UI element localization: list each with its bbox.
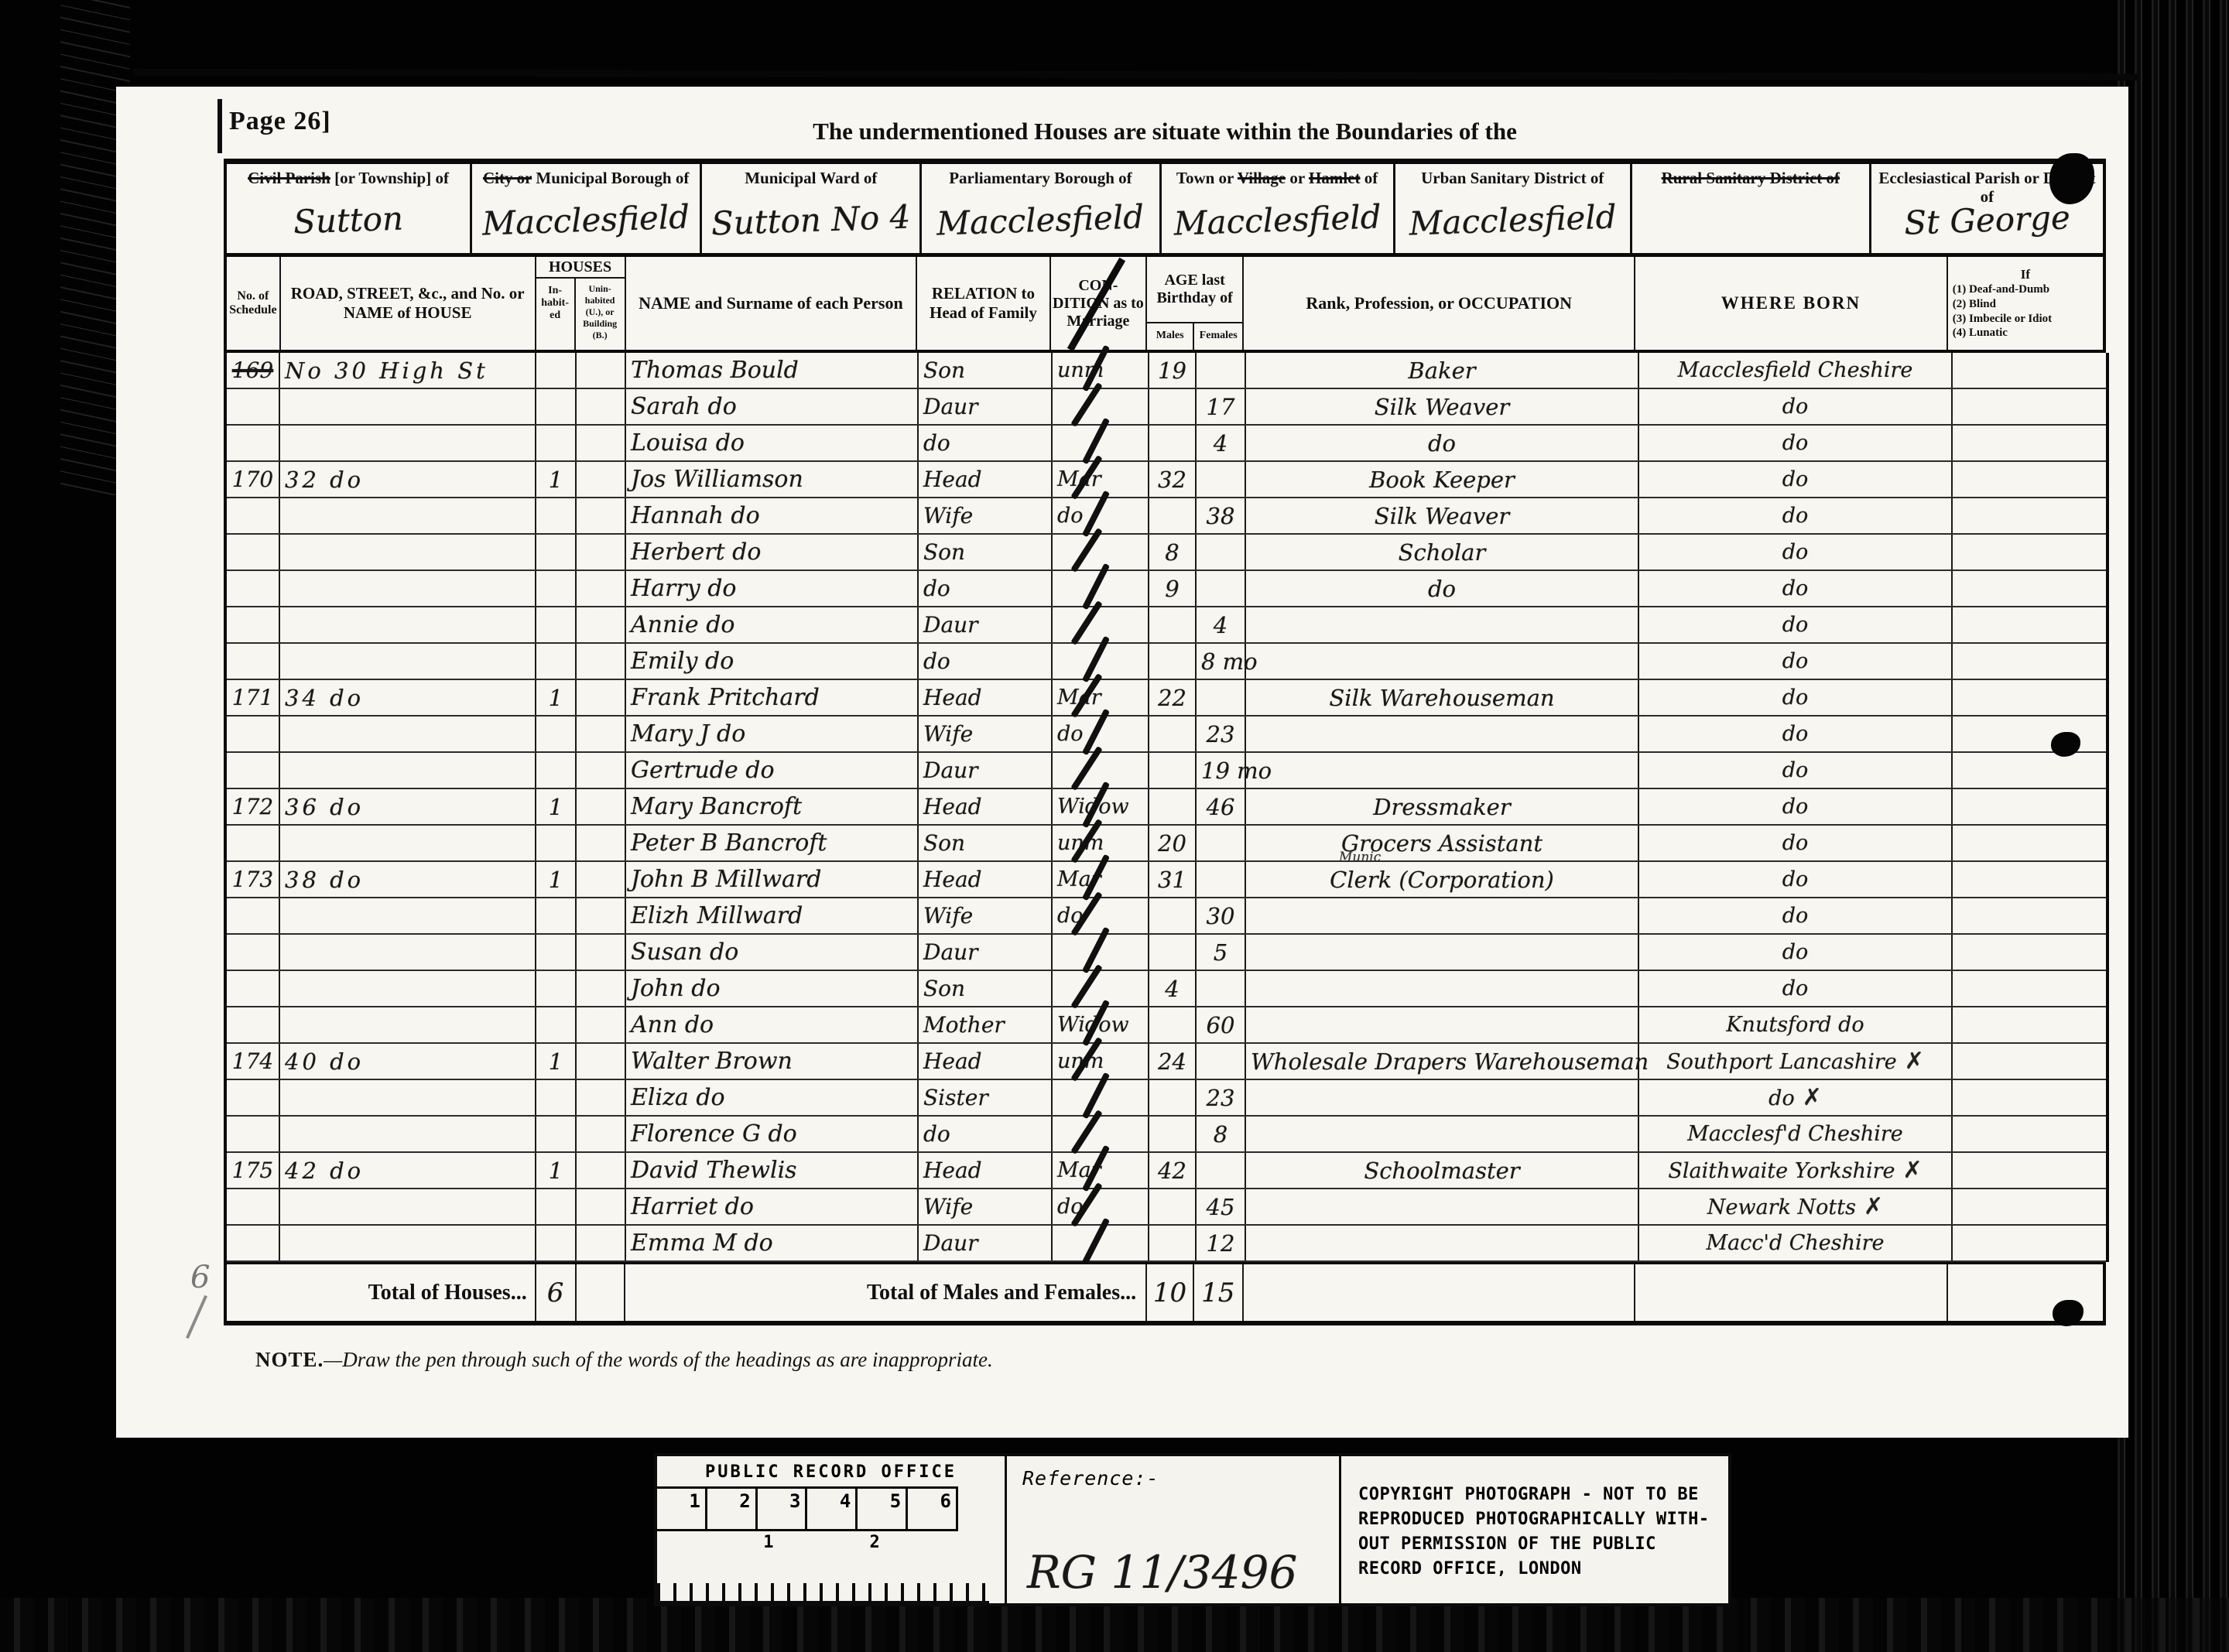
cell-name: Hannah do (625, 498, 918, 534)
cell-uninhabited (576, 498, 625, 534)
cell-relation: do (918, 1116, 1052, 1152)
total-uninhabited-blank (577, 1264, 626, 1321)
cell-inhabited (536, 425, 576, 461)
cell-occupation (1245, 1189, 1638, 1225)
cell-age-male: 22 (1149, 679, 1196, 716)
cell-uninhabited (576, 1116, 625, 1152)
cell-name: John B Millward (625, 861, 918, 898)
table-row: 170 32 do 1 Jos Williamson Head Mar 32 B… (225, 461, 2107, 498)
cell-name: Mary J do (625, 716, 918, 752)
cell-uninhabited (576, 934, 625, 970)
cell-age-male (1149, 388, 1196, 425)
cell-age-female: 8 mo (1196, 643, 1245, 679)
cell-uninhabited (576, 1079, 625, 1116)
cell-occupation: Silk Warehouseman (1245, 679, 1638, 716)
cell-inhabited (536, 1189, 576, 1225)
table-row: Emma M do Daur 12 Macc'd Cheshire (225, 1225, 2107, 1261)
cell-relation: Son (918, 970, 1052, 1007)
total-males-females-label: Total of Males and Females... (625, 1264, 1147, 1321)
district-box-value (1632, 197, 1869, 206)
cell-occupation: Clerk (Corporation)Munic (1245, 861, 1638, 898)
cell-occupation: do (1245, 425, 1638, 461)
cell-disability (1952, 607, 2107, 643)
cell-road (279, 934, 536, 970)
col-header-males: Males (1147, 323, 1194, 350)
cell-age-male (1149, 934, 1196, 970)
cell-age-male (1149, 1007, 1196, 1043)
cell-uninhabited (576, 970, 625, 1007)
cell-relation: Son (918, 534, 1052, 570)
cell-road: 42 do (279, 1152, 536, 1189)
cell-age-male: 31 (1149, 861, 1196, 898)
cell-uninhabited (576, 425, 625, 461)
district-box-value: Macclesfield (922, 197, 1160, 244)
cell-condition: do (1052, 1189, 1149, 1225)
cell-uninhabited (576, 861, 625, 898)
cell-age-male (1149, 607, 1196, 643)
cell-relation: Wife (918, 898, 1052, 934)
district-box: City or Municipal Borough ofMacclesfield (472, 164, 702, 253)
pro-office-title: PUBLIC RECORD OFFICE (657, 1456, 1005, 1486)
cell-age-female: 23 (1196, 716, 1245, 752)
page-top-rule (133, 69, 2138, 81)
cell-name: Mary Bancroft (625, 788, 918, 825)
cell-inhabited (536, 1116, 576, 1152)
cell-disability (1952, 498, 2107, 534)
cell-relation: Head (918, 679, 1052, 716)
cell-schedule (225, 898, 279, 934)
table-row: Louisa do do 4 do do (225, 425, 2107, 461)
cell-occupation (1245, 898, 1638, 934)
cell-name: Thomas Bould (625, 353, 918, 388)
copyright-line: RECORD OFFICE, LONDON (1358, 1557, 1728, 1582)
cell-uninhabited (576, 679, 625, 716)
cell-condition: Mar (1052, 1152, 1149, 1189)
table-row: Harriet do Wife do 45 Newark Notts✗ (225, 1189, 2107, 1225)
cell-where-born: Newark Notts✗ (1638, 1189, 1952, 1225)
table-row: Hannah do Wife do 38 Silk Weaver do (225, 498, 2107, 534)
cell-road (279, 970, 536, 1007)
district-box-value: Macclesfield (1161, 197, 1394, 243)
pencil-x-mark: ✗ (1905, 1048, 1924, 1075)
district-box: Parliamentary Borough ofMacclesfield (922, 164, 1161, 253)
pencil-x-mark: ✗ (1902, 1157, 1922, 1184)
table-row: Sarah do Daur 17 Silk Weaver do (225, 388, 2107, 425)
cell-relation: Head (918, 1043, 1052, 1079)
ruler-number-cell: 3 (758, 1489, 808, 1529)
cell-occupation (1245, 752, 1638, 788)
pro-stamp-reference-box: Reference:- RG 11/3496 (1007, 1456, 1341, 1603)
col-header-houses-label: HOUSES (536, 257, 625, 279)
col-header-occupation: Rank, Profession, or OCCUPATION (1244, 257, 1635, 350)
pencil-x-mark: ✗ (1864, 1193, 1883, 1220)
pencil-x-mark: ✗ (1803, 1084, 1822, 1111)
cell-name: Louisa do (625, 425, 918, 461)
footnote: NOTE.—Draw the pen through such of the w… (255, 1348, 993, 1372)
cell-schedule (225, 425, 279, 461)
total-born-blank (1635, 1264, 1948, 1321)
cell-inhabited (536, 934, 576, 970)
cell-uninhabited (576, 353, 625, 388)
cell-occupation: Schoolmaster (1245, 1152, 1638, 1189)
cell-age-female: 4 (1196, 425, 1245, 461)
cell-uninhabited (576, 752, 625, 788)
disability-line: (3) Imbecile or Idiot (1953, 312, 2098, 327)
cell-schedule: 172 (225, 788, 279, 825)
total-males-value: 10 (1147, 1264, 1194, 1321)
cell-age-female (1196, 679, 1245, 716)
cell-occupation: Baker (1245, 353, 1638, 388)
cell-where-born: Macclesfield Cheshire (1638, 353, 1952, 388)
district-box: Urban Sanitary District ofMacclesfield (1395, 164, 1632, 253)
cell-name: Annie do (625, 607, 918, 643)
cell-age-female (1196, 461, 1245, 498)
cell-road (279, 716, 536, 752)
cell-disability (1952, 1152, 2107, 1189)
cell-disability (1952, 570, 2107, 607)
table-row: 169 No 30 High St Thomas Bould Son unm 1… (225, 353, 2107, 388)
ruler-number-cell: 5 (858, 1489, 908, 1529)
cell-schedule: 173 (225, 861, 279, 898)
cell-disability (1952, 1007, 2107, 1043)
col-header-age: AGE last Birthday of Males Females (1147, 257, 1244, 350)
cell-age-male (1149, 716, 1196, 752)
cell-name: Herbert do (625, 534, 918, 570)
cell-road (279, 570, 536, 607)
cell-road (279, 643, 536, 679)
table-row: Mary J do Wife do 23 do (225, 716, 2107, 752)
cell-inhabited: 1 (536, 788, 576, 825)
cell-disability (1952, 788, 2107, 825)
scanned-census-page: Page 26] The undermentioned Houses are s… (0, 0, 2229, 1652)
ink-slash-mark (1070, 382, 1103, 427)
cell-disability (1952, 861, 2107, 898)
ruler-lower-number: 1 (763, 1533, 773, 1552)
cell-name: Peter B Bancroft (625, 825, 918, 861)
cell-condition: do (1052, 498, 1149, 534)
table-row: Susan do Daur 5 do (225, 934, 2107, 970)
cell-inhabited (536, 534, 576, 570)
cell-occupation: Silk Weaver (1245, 388, 1638, 425)
col-header-name: NAME and Surname of each Person (626, 257, 918, 350)
film-grain-right (2113, 0, 2229, 1652)
cell-schedule (225, 825, 279, 861)
col-header-uninhabited: Unin-habited (U.), or Building (B.) (576, 279, 625, 350)
cell-relation: Daur (918, 388, 1052, 425)
cell-occupation: Silk Weaver (1245, 498, 1638, 534)
cell-disability (1952, 970, 2107, 1007)
cell-relation: Wife (918, 716, 1052, 752)
cell-inhabited: 1 (536, 1152, 576, 1189)
cell-where-born: do (1638, 825, 1952, 861)
table-row: Emily do do 8 mo do (225, 643, 2107, 679)
cell-where-born: Southport Lancashire✗ (1638, 1043, 1952, 1079)
table-row: John do Son 4 do (225, 970, 2107, 1007)
copyright-line: COPYRIGHT PHOTOGRAPH - NOT TO BE (1358, 1483, 1728, 1507)
ink-slash-mark (1070, 1110, 1103, 1154)
cell-where-born: do (1638, 861, 1952, 898)
table-row: 173 38 do 1 John B Millward Head Mar 31 … (225, 861, 2107, 898)
cell-condition (1052, 425, 1149, 461)
cell-inhabited (536, 825, 576, 861)
total-occupation-blank (1244, 1264, 1635, 1321)
cell-relation: Wife (918, 498, 1052, 534)
cell-disability (1952, 679, 2107, 716)
cell-condition: Widow (1052, 788, 1149, 825)
col-header-road: ROAD, STREET, &c., and No. or NAME of HO… (281, 257, 536, 350)
cell-age-male (1149, 1189, 1196, 1225)
cell-disability (1952, 534, 2107, 570)
ruler-number-row: 123456 (657, 1486, 958, 1531)
cell-schedule (225, 1116, 279, 1152)
cell-disability (1952, 934, 2107, 970)
cell-occupation (1245, 643, 1638, 679)
cell-condition (1052, 970, 1149, 1007)
cell-relation: Head (918, 461, 1052, 498)
ink-slash-mark (1070, 819, 1103, 864)
census-table: 169 No 30 High St Thomas Bould Son unm 1… (224, 353, 2109, 1262)
cell-inhabited (536, 570, 576, 607)
cell-occupation (1245, 1116, 1638, 1152)
ink-slash-mark (1070, 528, 1103, 573)
col-header-condition: CON-DITION as to Marriage (1051, 257, 1148, 350)
cell-where-born: Slaithwaite Yorkshire✗ (1638, 1152, 1952, 1189)
district-box-label: Parliamentary Borough of (922, 167, 1159, 187)
cell-age-female: 19 mo (1196, 752, 1245, 788)
cell-disability (1952, 388, 2107, 425)
cell-age-female: 23 (1196, 1079, 1245, 1116)
cell-inhabited (536, 1079, 576, 1116)
totals-row: Total of Houses... 6 Total of Males and … (224, 1262, 2106, 1325)
disability-line: (1) Deaf-and-Dumb (1953, 282, 2098, 297)
ruler-number-cell: 1 (657, 1489, 707, 1529)
ink-slash-mark (1070, 964, 1103, 1009)
cell-disability (1952, 1116, 2107, 1152)
cell-age-male: 20 (1149, 825, 1196, 861)
cell-uninhabited (576, 1007, 625, 1043)
district-box-label: City or Municipal Borough of (472, 167, 700, 187)
cell-disability (1952, 898, 2107, 934)
cell-name: Harry do (625, 570, 918, 607)
cell-condition (1052, 388, 1149, 425)
cell-schedule: 171 (225, 679, 279, 716)
cell-occupation (1245, 970, 1638, 1007)
cell-inhabited (536, 1225, 576, 1261)
cell-uninhabited (576, 607, 625, 643)
table-row: Gertrude do Daur 19 mo do (225, 752, 2107, 788)
cell-condition (1052, 1116, 1149, 1152)
ruler-number-cell: 2 (707, 1489, 758, 1529)
cell-condition: do (1052, 898, 1149, 934)
cell-road (279, 607, 536, 643)
cell-name: Frank Pritchard (625, 679, 918, 716)
cell-name: David Thewlis (625, 1152, 918, 1189)
cell-uninhabited (576, 534, 625, 570)
cell-age-male: 4 (1149, 970, 1196, 1007)
cell-name: Jos Williamson (625, 461, 918, 498)
cell-relation: Daur (918, 752, 1052, 788)
district-header: Civil Parish [or Township] ofSuttonCity … (224, 159, 2106, 257)
cell-road (279, 425, 536, 461)
cell-road (279, 388, 536, 425)
cell-condition (1052, 607, 1149, 643)
cell-age-male (1149, 1225, 1196, 1261)
cell-relation: Mother (918, 1007, 1052, 1043)
cell-disability (1952, 825, 2107, 861)
cell-age-female: 4 (1196, 607, 1245, 643)
cell-disability (1952, 1079, 2107, 1116)
table-row: Annie do Daur 4 do (225, 607, 2107, 643)
cell-relation: Son (918, 825, 1052, 861)
cell-inhabited (536, 643, 576, 679)
district-box: Town or Village or Hamlet ofMacclesfield (1162, 164, 1395, 253)
total-houses-label: Total of Houses... (227, 1264, 536, 1321)
census-table-body: 169 No 30 High St Thomas Bould Son unm 1… (225, 353, 2107, 1261)
cell-name: John do (625, 970, 918, 1007)
cell-age-female (1196, 1043, 1245, 1079)
cell-age-female (1196, 353, 1245, 388)
cell-age-female: 45 (1196, 1189, 1245, 1225)
cell-relation: Daur (918, 934, 1052, 970)
district-box-label: Rural Sanitary District of (1632, 167, 1869, 187)
cell-occupation (1245, 1007, 1638, 1043)
cell-name: Sarah do (625, 388, 918, 425)
cell-where-born: do (1638, 788, 1952, 825)
cell-disability (1952, 752, 2107, 788)
cell-age-female: 38 (1196, 498, 1245, 534)
district-box: Rural Sanitary District of (1632, 164, 1871, 253)
cell-inhabited (536, 752, 576, 788)
cell-schedule (225, 388, 279, 425)
cell-age-female (1196, 861, 1245, 898)
cell-road (279, 1189, 536, 1225)
cell-relation: Sister (918, 1079, 1052, 1116)
cell-where-born: do (1638, 498, 1952, 534)
cell-relation: do (918, 425, 1052, 461)
cell-condition: Mar (1052, 861, 1149, 898)
cell-age-male (1149, 425, 1196, 461)
cell-schedule (225, 934, 279, 970)
cell-occupation (1245, 934, 1638, 970)
cell-uninhabited (576, 825, 625, 861)
cell-occupation: Wholesale Drapers Warehouseman (1245, 1043, 1638, 1079)
cell-age-female: 60 (1196, 1007, 1245, 1043)
cell-disability (1952, 1189, 2107, 1225)
cell-schedule (225, 534, 279, 570)
ink-slash-mark (1070, 1182, 1103, 1227)
district-box: Municipal Ward ofSutton No 4 (702, 164, 922, 253)
cell-where-born: Macc'd Cheshire (1638, 1225, 1952, 1261)
table-row: 172 36 do 1 Mary Bancroft Head Widow 46 … (225, 788, 2107, 825)
table-row: 171 34 do 1 Frank Pritchard Head Mar 22 … (225, 679, 2107, 716)
district-box-label: Urban Sanitary District of (1395, 167, 1630, 187)
cell-inhabited (536, 970, 576, 1007)
cell-name: Susan do (625, 934, 918, 970)
disability-line: (4) Lunatic (1953, 326, 2098, 340)
col-header-females: Females (1194, 323, 1242, 350)
cell-age-male: 24 (1149, 1043, 1196, 1079)
cell-age-male (1149, 643, 1196, 679)
ruler-number-cell: 6 (908, 1489, 958, 1529)
disability-line: (2) Blind (1953, 297, 2098, 312)
cell-uninhabited (576, 388, 625, 425)
cell-occupation (1245, 716, 1638, 752)
cell-condition (1052, 752, 1149, 788)
cell-road (279, 534, 536, 570)
cell-relation: Wife (918, 1189, 1052, 1225)
cell-uninhabited (576, 1043, 625, 1079)
pencil-annotation-six: 6 (190, 1260, 210, 1295)
cell-where-born: Knutsford do (1638, 1007, 1952, 1043)
cell-occupation (1245, 1225, 1638, 1261)
cell-age-male (1149, 1116, 1196, 1152)
district-box-label: Municipal Ward of (702, 167, 919, 187)
cell-inhabited (536, 388, 576, 425)
cell-inhabited: 1 (536, 1043, 576, 1079)
cell-schedule (225, 1007, 279, 1043)
cell-where-born: do✗ (1638, 1079, 1952, 1116)
cell-where-born: do (1638, 716, 1952, 752)
ink-slash-mark (1070, 1037, 1103, 1082)
cell-relation: Son (918, 353, 1052, 388)
district-box-value: Macclesfield (1395, 197, 1631, 244)
cell-age-female (1196, 534, 1245, 570)
copyright-line: OUT PERMISSION OF THE PUBLIC (1358, 1532, 1728, 1557)
cell-occupation: do (1245, 570, 1638, 607)
cell-name: Elizh Millward (625, 898, 918, 934)
pro-stamp: PUBLIC RECORD OFFICE 123456 1 2 Referenc… (654, 1453, 1731, 1606)
cell-where-born: do (1638, 570, 1952, 607)
table-row: Herbert do Son 8 Scholar do (225, 534, 2107, 570)
cell-disability (1952, 425, 2107, 461)
cell-where-born: do (1638, 461, 1952, 498)
cell-road (279, 1007, 536, 1043)
copyright-line: REPRODUCED PHOTOGRAPHICALLY WITH- (1358, 1507, 1728, 1532)
cell-road (279, 898, 536, 934)
table-row: 175 42 do 1 David Thewlis Head Mar 42 Sc… (225, 1152, 2107, 1189)
cell-schedule: 169 (225, 353, 279, 388)
table-row: Peter B Bancroft Son unm 20 Grocers Assi… (225, 825, 2107, 861)
cell-road: 38 do (279, 861, 536, 898)
cell-age-female (1196, 970, 1245, 1007)
col-header-inhabited: In-habit-ed (536, 279, 576, 350)
cell-schedule (225, 570, 279, 607)
cell-age-male (1149, 788, 1196, 825)
cell-schedule: 174 (225, 1043, 279, 1079)
cell-condition (1052, 1225, 1149, 1261)
cell-relation: Head (918, 1152, 1052, 1189)
footnote-prefix: NOTE. (255, 1348, 324, 1371)
cell-age-female: 5 (1196, 934, 1245, 970)
cell-age-male: 19 (1149, 353, 1196, 388)
ruler-tick-scale: 1 2 (657, 1531, 989, 1603)
cell-relation: do (918, 570, 1052, 607)
col-header-where-born: WHERE BORN (1635, 257, 1947, 350)
cell-schedule (225, 643, 279, 679)
district-box-value: Sutton (226, 197, 471, 244)
cell-age-female: 8 (1196, 1116, 1245, 1152)
cell-age-male: 42 (1149, 1152, 1196, 1189)
cell-condition: unm (1052, 1043, 1149, 1079)
cell-occupation: Dressmaker (1245, 788, 1638, 825)
cell-age-female: 17 (1196, 388, 1245, 425)
cell-inhabited: 1 (536, 861, 576, 898)
cell-uninhabited (576, 461, 625, 498)
cell-road: 34 do (279, 679, 536, 716)
page-title: The undermentioned Houses are situate wi… (224, 118, 2106, 145)
cell-age-male: 32 (1149, 461, 1196, 498)
table-row: Harry do do 9 do do (225, 570, 2107, 607)
